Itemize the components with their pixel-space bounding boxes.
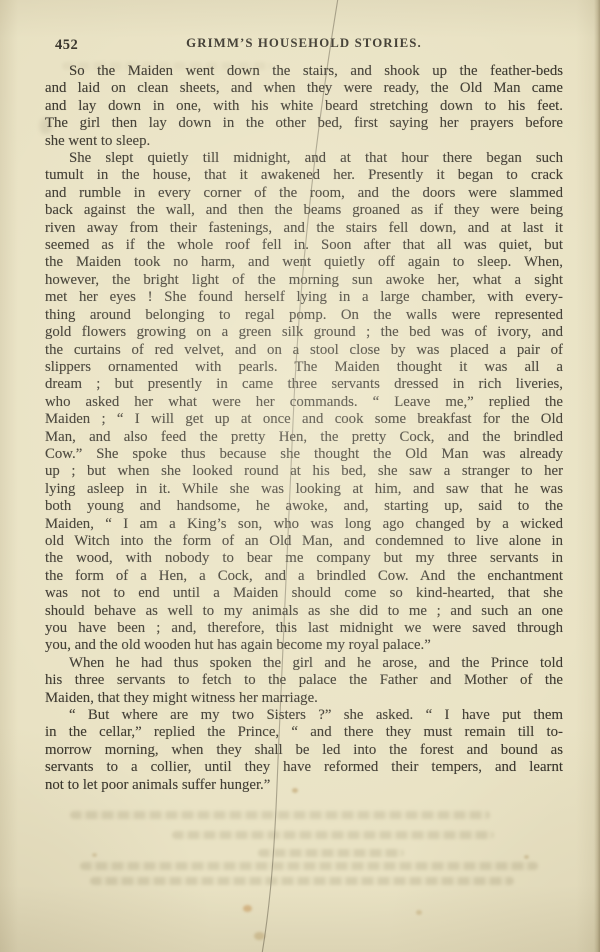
text-line: his three servants to fetch to the palac… [45, 672, 563, 689]
text-line: both young and handsome, he awoke, and, … [45, 498, 563, 515]
text-line: you, and the old wooden hut has again be… [45, 637, 563, 654]
book-page: 452 GRIMM’S HOUSEHOLD STORIES. So the Ma… [0, 0, 600, 952]
text-line: Maiden ; “ I will get up at once and coo… [45, 411, 563, 428]
page-number: 452 [55, 37, 78, 54]
text-line: Maiden, that they might witness her marr… [45, 690, 563, 707]
foxing-spot [254, 932, 265, 940]
paragraph: When he had thus spoken the girl and he … [45, 655, 563, 707]
text-line: was not to end until a Maiden should com… [45, 585, 563, 602]
text-line: and laid on clean sheets, and when they … [45, 80, 563, 97]
page-edge-shadow [594, 0, 600, 952]
text-line: dream ; but presently in came three serv… [45, 376, 563, 393]
text-line: tumult in the house, that it awakened he… [45, 167, 563, 184]
show-through-line [258, 849, 404, 857]
text-line: the form of a Hen, a Cock, and a brindle… [45, 568, 563, 585]
text-line: Maiden, “ I am a King’s son, who was lon… [45, 516, 563, 533]
show-through-line [90, 877, 514, 885]
text-line: the curtains of red velvet, and on a sto… [45, 342, 563, 359]
text-line: “ But where are my two Sisters ?” she as… [45, 707, 563, 724]
foxing-spot [416, 910, 422, 915]
paragraph: She slept quietly till midnight, and at … [45, 150, 563, 655]
running-head: GRIMM’S HOUSEHOLD STORIES. [45, 36, 563, 51]
text-line: and rumble in every corner of the room, … [45, 185, 563, 202]
text-line: When he had thus spoken the girl and he … [45, 655, 563, 672]
text-line: back against the wall, and then the beam… [45, 202, 563, 219]
text-line: in the cellar,” replied the Prince, “ an… [45, 724, 563, 741]
text-line: Cow.” She spoke thus because she thought… [45, 446, 563, 463]
paragraph: “ But where are my two Sisters ?” she as… [45, 707, 563, 794]
text-line: thing around belonging to regal pomp. On… [45, 307, 563, 324]
text-line: lying asleep in it. While she was lookin… [45, 481, 563, 498]
text-line: So the Maiden went down the stairs, and … [45, 63, 563, 80]
text-line: slippers ornamented with pearls. The Mai… [45, 359, 563, 376]
text-line: up ; but when she looked round at his be… [45, 463, 563, 480]
show-through-line [80, 862, 538, 870]
text-line: you have been ; and, therefore, this las… [45, 620, 563, 637]
text-line: morrow morning, when they shall be led i… [45, 742, 563, 759]
text-line: servants to a collier, until they have r… [45, 759, 563, 776]
show-through-line [172, 831, 494, 839]
text-line: The girl then lay down in the other bed,… [45, 115, 563, 132]
text-line: seemed as if the whole roof fell in. Soo… [45, 237, 563, 254]
text-line: riven away from their fastenings, and th… [45, 220, 563, 237]
text-line: not to let poor animals suffer hunger.” [45, 777, 563, 794]
text-line: she went to sleep. [45, 133, 563, 150]
text-line: the Maiden took no harm, and went quietl… [45, 254, 563, 271]
text-line: She slept quietly till midnight, and at … [45, 150, 563, 167]
text-line: old Witch into the form of an Old Man, a… [45, 533, 563, 550]
text-line: should behave as well to my animals as s… [45, 603, 563, 620]
foxing-spot [524, 855, 529, 859]
text-line: met her eyes ! She found herself lying i… [45, 289, 563, 306]
story-text: So the Maiden went down the stairs, and … [45, 63, 563, 794]
text-line: however, the bright light of the morning… [45, 272, 563, 289]
text-line: gold flowers growing on a green silk gro… [45, 324, 563, 341]
text-line: the wood, with nobody to bear me company… [45, 550, 563, 567]
text-line: who asked her what were her commands. “ … [45, 394, 563, 411]
foxing-spot [92, 853, 97, 857]
foxing-spot [243, 905, 252, 912]
text-line: Man, and also feed the pretty Hen, the p… [45, 429, 563, 446]
paragraph: So the Maiden went down the stairs, and … [45, 63, 563, 150]
show-through-line [70, 811, 490, 819]
text-line: and lay down in one, with his white bear… [45, 98, 563, 115]
page-header: 452 GRIMM’S HOUSEHOLD STORIES. [45, 36, 563, 54]
